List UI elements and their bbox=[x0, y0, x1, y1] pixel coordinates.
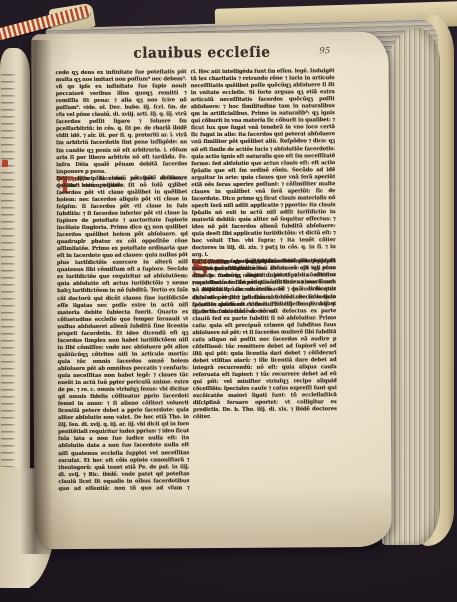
text-column-right: ri. Hec aũt intelligẽda ſunt ſm eſſen. l… bbox=[190, 68, 337, 490]
book-page: clauibus eccleſie 95 cedo qʒ deus ex inf… bbox=[31, 32, 392, 549]
section-chapter-x: TErtio circa pſiti clauiũ poteſtatẽ decl… bbox=[56, 175, 187, 176]
facing-page-text-lines bbox=[1, 74, 16, 504]
facing-page-rubric-mark bbox=[2, 160, 8, 167]
section-text: Ertio circa pſiti clauiũ poteſtatẽ decla… bbox=[56, 175, 189, 491]
paragraph-right-intro: ri. Hec aũt intelligẽda ſunt ſm eſſen. l… bbox=[190, 68, 335, 259]
running-title: clauibus eccleſie bbox=[133, 43, 333, 64]
page-number: 95 bbox=[319, 46, 330, 56]
text-column-left: cedo qʒ deus ex infinitate ſue poteſtati… bbox=[55, 69, 189, 491]
photo-backdrop: clauibus eccleſie 95 cedo qʒ deus ex inf… bbox=[0, 0, 457, 602]
paragraph-left-intro: cedo qʒ deus ex infinitate ſue poteſtati… bbox=[55, 69, 187, 176]
section-chapter-xii: SErtio dico qʒ ſacerdos quantũ eſt ex vi… bbox=[192, 258, 336, 259]
section-text: Ertio dico qʒ ſacerdos quantũ eſt ex vir… bbox=[192, 258, 337, 421]
